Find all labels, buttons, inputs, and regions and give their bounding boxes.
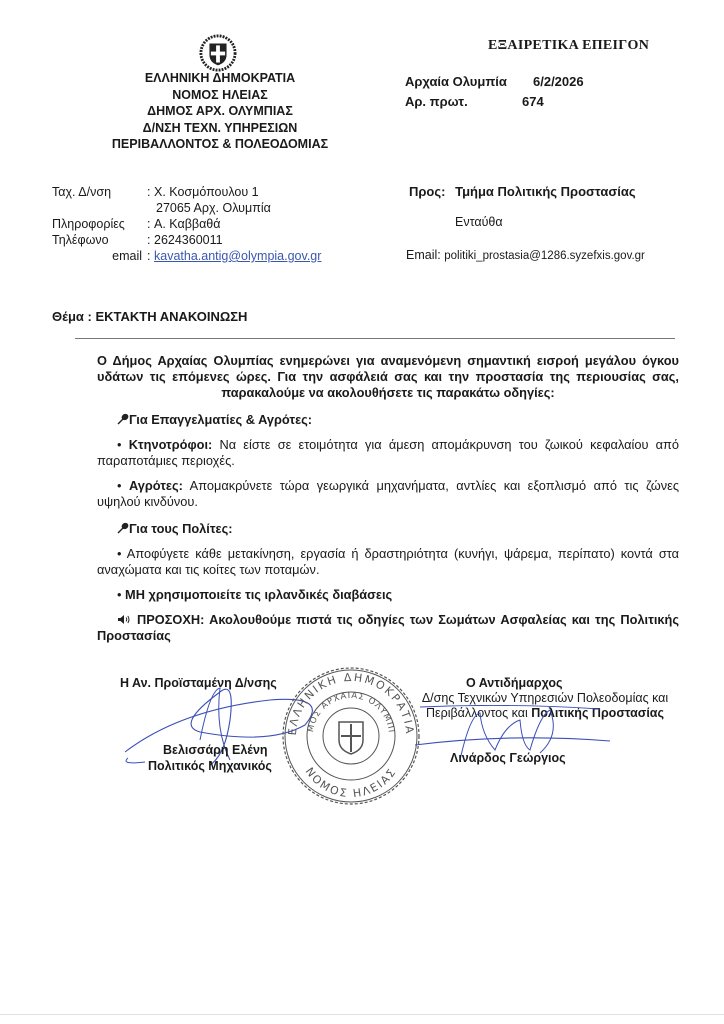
issuer-block: ΕΛΛΗΝΙΚΗ ΔΗΜΟΚΡΑΤΙΑ ΝΟΜΟΣ ΗΛΕΙΑΣ ΔΗΜΟΣ Α… xyxy=(80,70,360,153)
section-heading-citizens: Για τους Πολίτες: xyxy=(117,521,679,537)
separator: : xyxy=(147,232,150,248)
sender-email-link[interactable]: kavatha.antig@olympia.gov.gr xyxy=(154,248,321,264)
section-heading-text: Για Επαγγελματίες & Αγρότες: xyxy=(129,412,312,427)
bullet: • xyxy=(117,478,121,493)
issuer-line: Δ/ΝΣΗ ΤΕΧΝ. ΥΠΗΡΕΣΙΩΝ xyxy=(80,120,360,137)
recipient-location: Ενταύθα xyxy=(455,215,503,229)
address-line-1: Χ. Κοσμόπουλου 1 xyxy=(154,184,259,200)
list-item: • Αποφύγετε κάθε μετακίνηση, εργασία ή δ… xyxy=(97,546,679,578)
protocol-number: 674 xyxy=(522,94,544,109)
place-date: Αρχαία Ολυμπία 6/2/2026 xyxy=(405,74,507,89)
recipient-email: politiki_prostasia@1286.syzefxis.gov.gr xyxy=(444,250,645,262)
list-item: • ΜΗ χρησιμοποιείτε τις ιρλανδικές διαβά… xyxy=(97,587,679,603)
issuer-line: ΝΟΜΟΣ ΗΛΕΙΑΣ xyxy=(80,87,360,104)
pin-icon xyxy=(117,413,129,425)
signatory-left-role: Πολιτικός Μηχανικός xyxy=(148,759,272,773)
separator: : xyxy=(147,248,150,264)
list-item: • Κτηνοτρόφοι: Να είστε σε ετοιμότητα γι… xyxy=(97,437,679,469)
protocol-label: Αρ. πρωτ. xyxy=(405,94,468,109)
section-heading-text: Για τους Πολίτες: xyxy=(129,521,233,536)
address-line-2: 27065 Αρχ. Ολυμπία xyxy=(156,200,271,216)
recipient-name: Τμήμα Πολιτικής Προστασίας xyxy=(455,184,636,199)
subject-label: Θέμα : xyxy=(52,309,92,324)
page-edge xyxy=(0,1014,724,1015)
warning-paragraph: ΠΡΟΣΟΧΗ: Ακολουθούμε πιστά τις οδηγίες τ… xyxy=(97,612,679,644)
official-stamp: ΕΛΛΗΝΙΚΗ ΔΗΜΟΚΡΑΤΙΑ ΔΗΜΟΣ ΑΡΧΑΙΑΣ ΟΛΥΜΠΙ… xyxy=(276,664,426,809)
announcement-body: Ο Δήμος Αρχαίας Ολυμπίας ενημερώνει για … xyxy=(97,353,679,644)
list-item: • Αγρότες: Απομακρύνετε τώρα γεωργικά μη… xyxy=(97,478,679,510)
phone-label: Τηλέφωνο xyxy=(52,232,147,248)
signatory-right-department: Δ/σης Τεχνικών Υπηρεσιών Πολεοδομίας και xyxy=(385,691,705,705)
item-term: ΜΗ χρησιμοποιείτε τις ιρλανδικές διαβάσε… xyxy=(125,587,392,602)
intro-paragraph: Ο Δήμος Αρχαίας Ολυμπίας ενημερώνει για … xyxy=(97,353,679,401)
subject-line: Θέμα : ΕΚΤΑΚΤΗ ΑΝΑΚΟΙΝΩΣΗ xyxy=(52,309,247,324)
warning-text: ΠΡΟΣΟΧΗ: Ακολουθούμε πιστά τις οδηγίες τ… xyxy=(97,612,679,643)
greek-coat-of-arms-icon xyxy=(199,34,237,72)
bullet: • xyxy=(117,587,121,602)
speaker-icon xyxy=(117,614,131,625)
place-label: Αρχαία Ολυμπία xyxy=(405,74,507,89)
item-term: Κτηνοτρόφοι: xyxy=(129,437,213,452)
separator: : xyxy=(147,216,150,232)
recipient-email-label: Email: xyxy=(406,248,441,262)
item-term: Αγρότες: xyxy=(129,478,183,493)
recipient-line: Προς: Τμήμα Πολιτικής Προστασίας xyxy=(409,184,636,199)
recipient-email-row: Email: politiki_prostasia@1286.syzefxis.… xyxy=(406,248,645,262)
phone-value: 2624360011 xyxy=(154,232,223,248)
info-label: Πληροφορίες xyxy=(52,216,147,232)
separator: : xyxy=(147,184,150,200)
subject-value: ΕΚΤΑΚΤΗ ΑΝΑΚΟΙΝΩΣΗ xyxy=(96,309,248,324)
signatory-left-name: Βελισσάρη Ελένη xyxy=(163,743,268,757)
email-label: email xyxy=(52,248,142,264)
item-text: Αποφύγετε κάθε μετακίνηση, εργασία ή δρα… xyxy=(97,546,679,577)
issuer-line: ΕΛΛΗΝΙΚΗ ΔΗΜΟΚΡΑΤΙΑ xyxy=(80,70,360,87)
divider xyxy=(75,338,675,339)
protocol-number-row: Αρ. πρωτ. 674 xyxy=(405,94,468,109)
info-value: Α. Καββαθά xyxy=(154,216,220,232)
section-heading-professionals: Για Επαγγελματίες & Αγρότες: xyxy=(117,412,679,428)
pin-icon xyxy=(117,522,129,534)
to-label: Προς: xyxy=(409,184,445,199)
address-label: Ταχ. Δ/νση xyxy=(52,184,147,200)
issuer-line: ΠΕΡΙΒΑΛΛΟΝΤΟΣ & ΠΟΛΕΟΔΟΜΙΑΣ xyxy=(80,136,360,153)
document-date: 6/2/2026 xyxy=(533,74,584,89)
item-text: Απομακρύνετε τώρα γεωργικά μηχανήματα, α… xyxy=(97,478,679,509)
signatory-right-title: Ο Αντιδήμαρχος xyxy=(466,676,562,690)
issuer-line: ΔΗΜΟΣ ΑΡΧ. ΟΛΥΜΠΙΑΣ xyxy=(80,103,360,120)
bullet: • xyxy=(117,437,121,452)
urgency-label: ΕΞΑΙΡΕΤΙΚΑ ΕΠΕΙΓΟΝ xyxy=(488,38,649,54)
signatory-right-name: Λινάρδος Γεώργιος xyxy=(450,751,566,765)
